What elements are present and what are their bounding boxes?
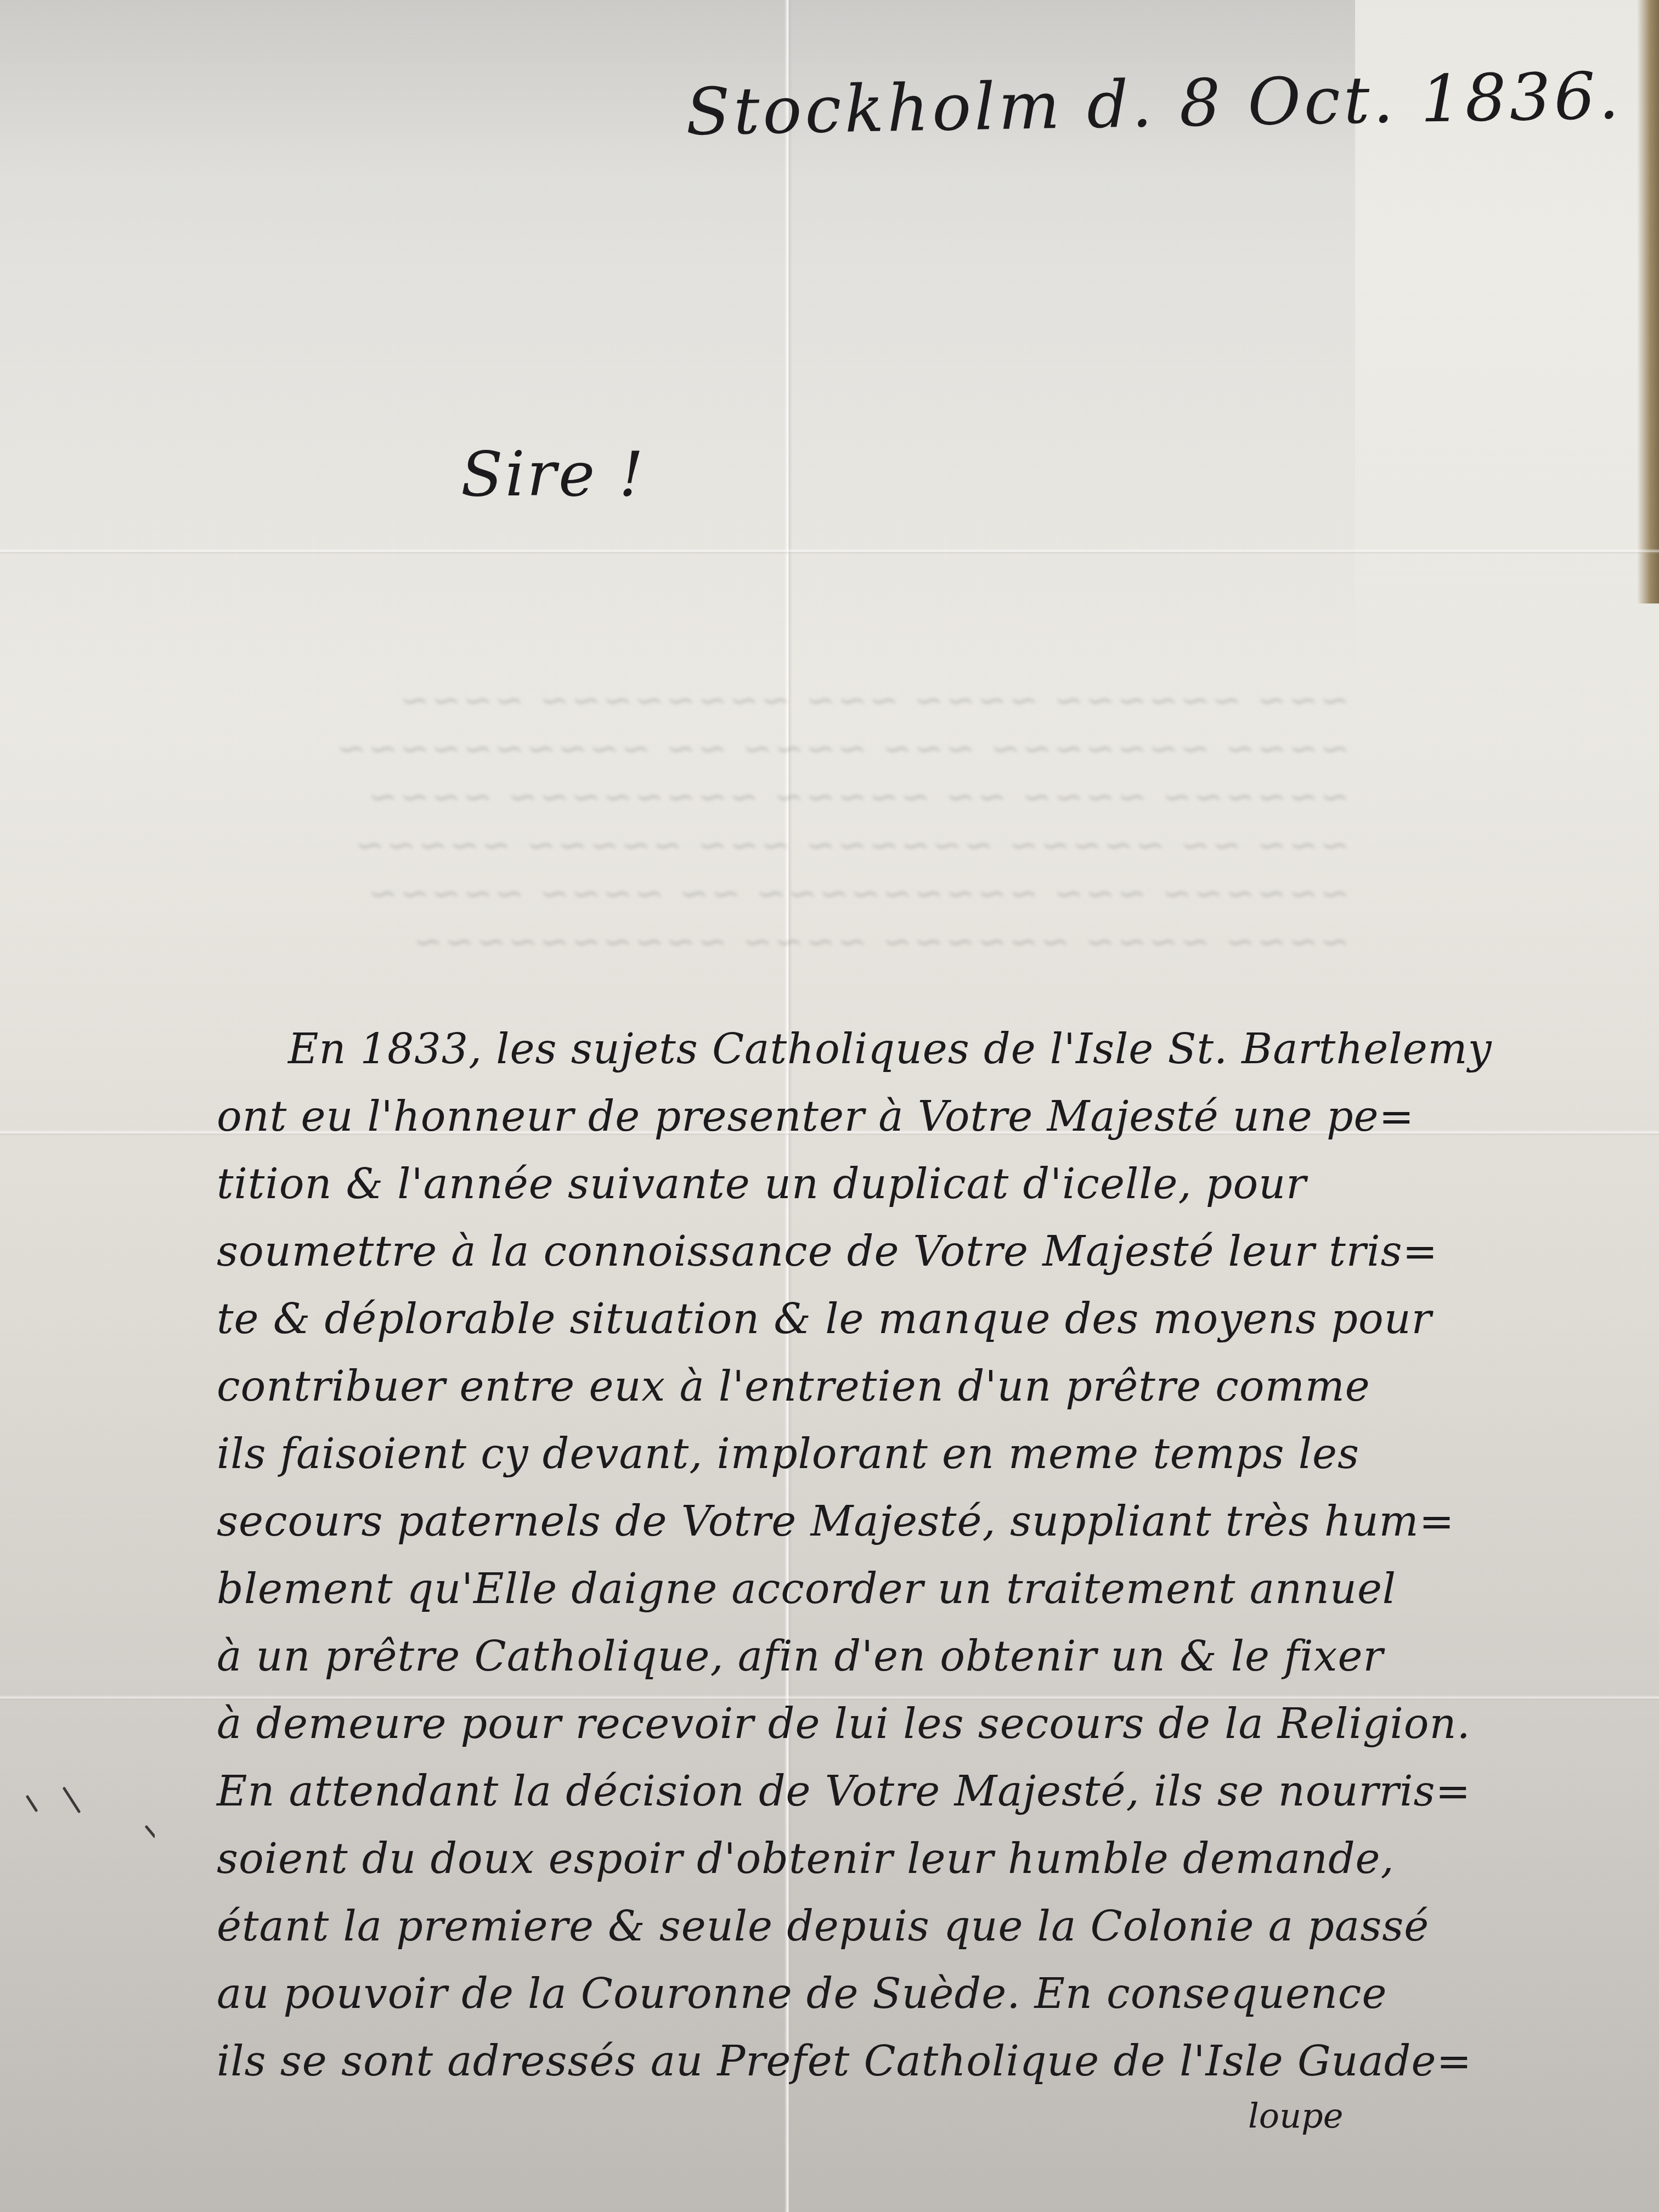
body-line: soumettre à la connoissance de Votre Maj…: [217, 1217, 1402, 1285]
body-line: ils faisoient cy devant, implorant en me…: [217, 1420, 1402, 1487]
body-line: ils se sont adressés au Prefet Catholiqu…: [217, 2027, 1402, 2095]
body-line: secours paternels de Votre Majesté, supp…: [217, 1487, 1402, 1555]
ink-marks: [12, 1772, 155, 1838]
bleed-line: ~~~~ ~~~~ ~~~~~~ ~~~~ ~~~~~~~~~~: [115, 922, 1350, 964]
letter-photograph: ~~~ ~~~~~~ ~~~~ ~~~ ~~~~~~~~ ~~~~ ~~~~ ~…: [0, 0, 1659, 2212]
fold-line-horizontal: [0, 549, 1659, 554]
body-line: tition & l'année suivante un duplicat d'…: [217, 1150, 1402, 1217]
bleed-line: ~~~~~~ ~~~~ ~~ ~~~~~ ~~~~~~~~ ~~~~: [115, 777, 1350, 820]
catchword: loupe: [1248, 2096, 1343, 2136]
bleed-through-text: ~~~ ~~~~~~ ~~~~ ~~~ ~~~~~~~~ ~~~~ ~~~~ ~…: [115, 680, 1350, 988]
body-line: à un prêtre Catholique, afin d'en obteni…: [217, 1622, 1402, 1690]
letter-body: En 1833, les sujets Catholiques de l'Isl…: [217, 1015, 1402, 2095]
body-line: étant la premiere & seule depuis que la …: [217, 1892, 1402, 1960]
body-line: blement qu'Elle daigne accorder un trait…: [217, 1555, 1402, 1622]
body-line: soient du doux espoir d'obtenir leur hum…: [217, 1825, 1402, 1892]
body-line: au pouvoir de la Couronne de Suède. En c…: [217, 1960, 1402, 2027]
body-line: En attendant la décision de Votre Majest…: [217, 1757, 1402, 1825]
body-line: En 1833, les sujets Catholiques de l'Isl…: [217, 1015, 1402, 1082]
backdrop-edge: [1637, 0, 1659, 603]
bleed-line: ~~~~~~ ~~~ ~~~~~~~~~ ~~ ~~~~ ~~~~~: [115, 873, 1350, 916]
body-line: contribuer entre eux à l'entretien d'un …: [217, 1352, 1402, 1420]
dateline: Stockholm d. 8 Oct. 1836.: [685, 58, 1623, 150]
salutation: Sire !: [461, 439, 646, 510]
body-line: à demeure pour recevoir de lui les secou…: [217, 1690, 1402, 1757]
body-line: ont eu l'honneur de presenter à Votre Ma…: [217, 1082, 1402, 1150]
bleed-line: ~~~~ ~~~~~~~ ~~~ ~~~~ ~~ ~~~~~~~~~~: [115, 729, 1350, 771]
body-line: te & déplorable situation & le manque de…: [217, 1285, 1402, 1352]
bleed-line: ~~~ ~~ ~~~~~ ~~~~~~ ~~~ ~~~~~ ~~~~~: [115, 825, 1350, 868]
bleed-line: ~~~ ~~~~~~ ~~~~ ~~~ ~~~~~~~~ ~~~~: [115, 680, 1350, 723]
